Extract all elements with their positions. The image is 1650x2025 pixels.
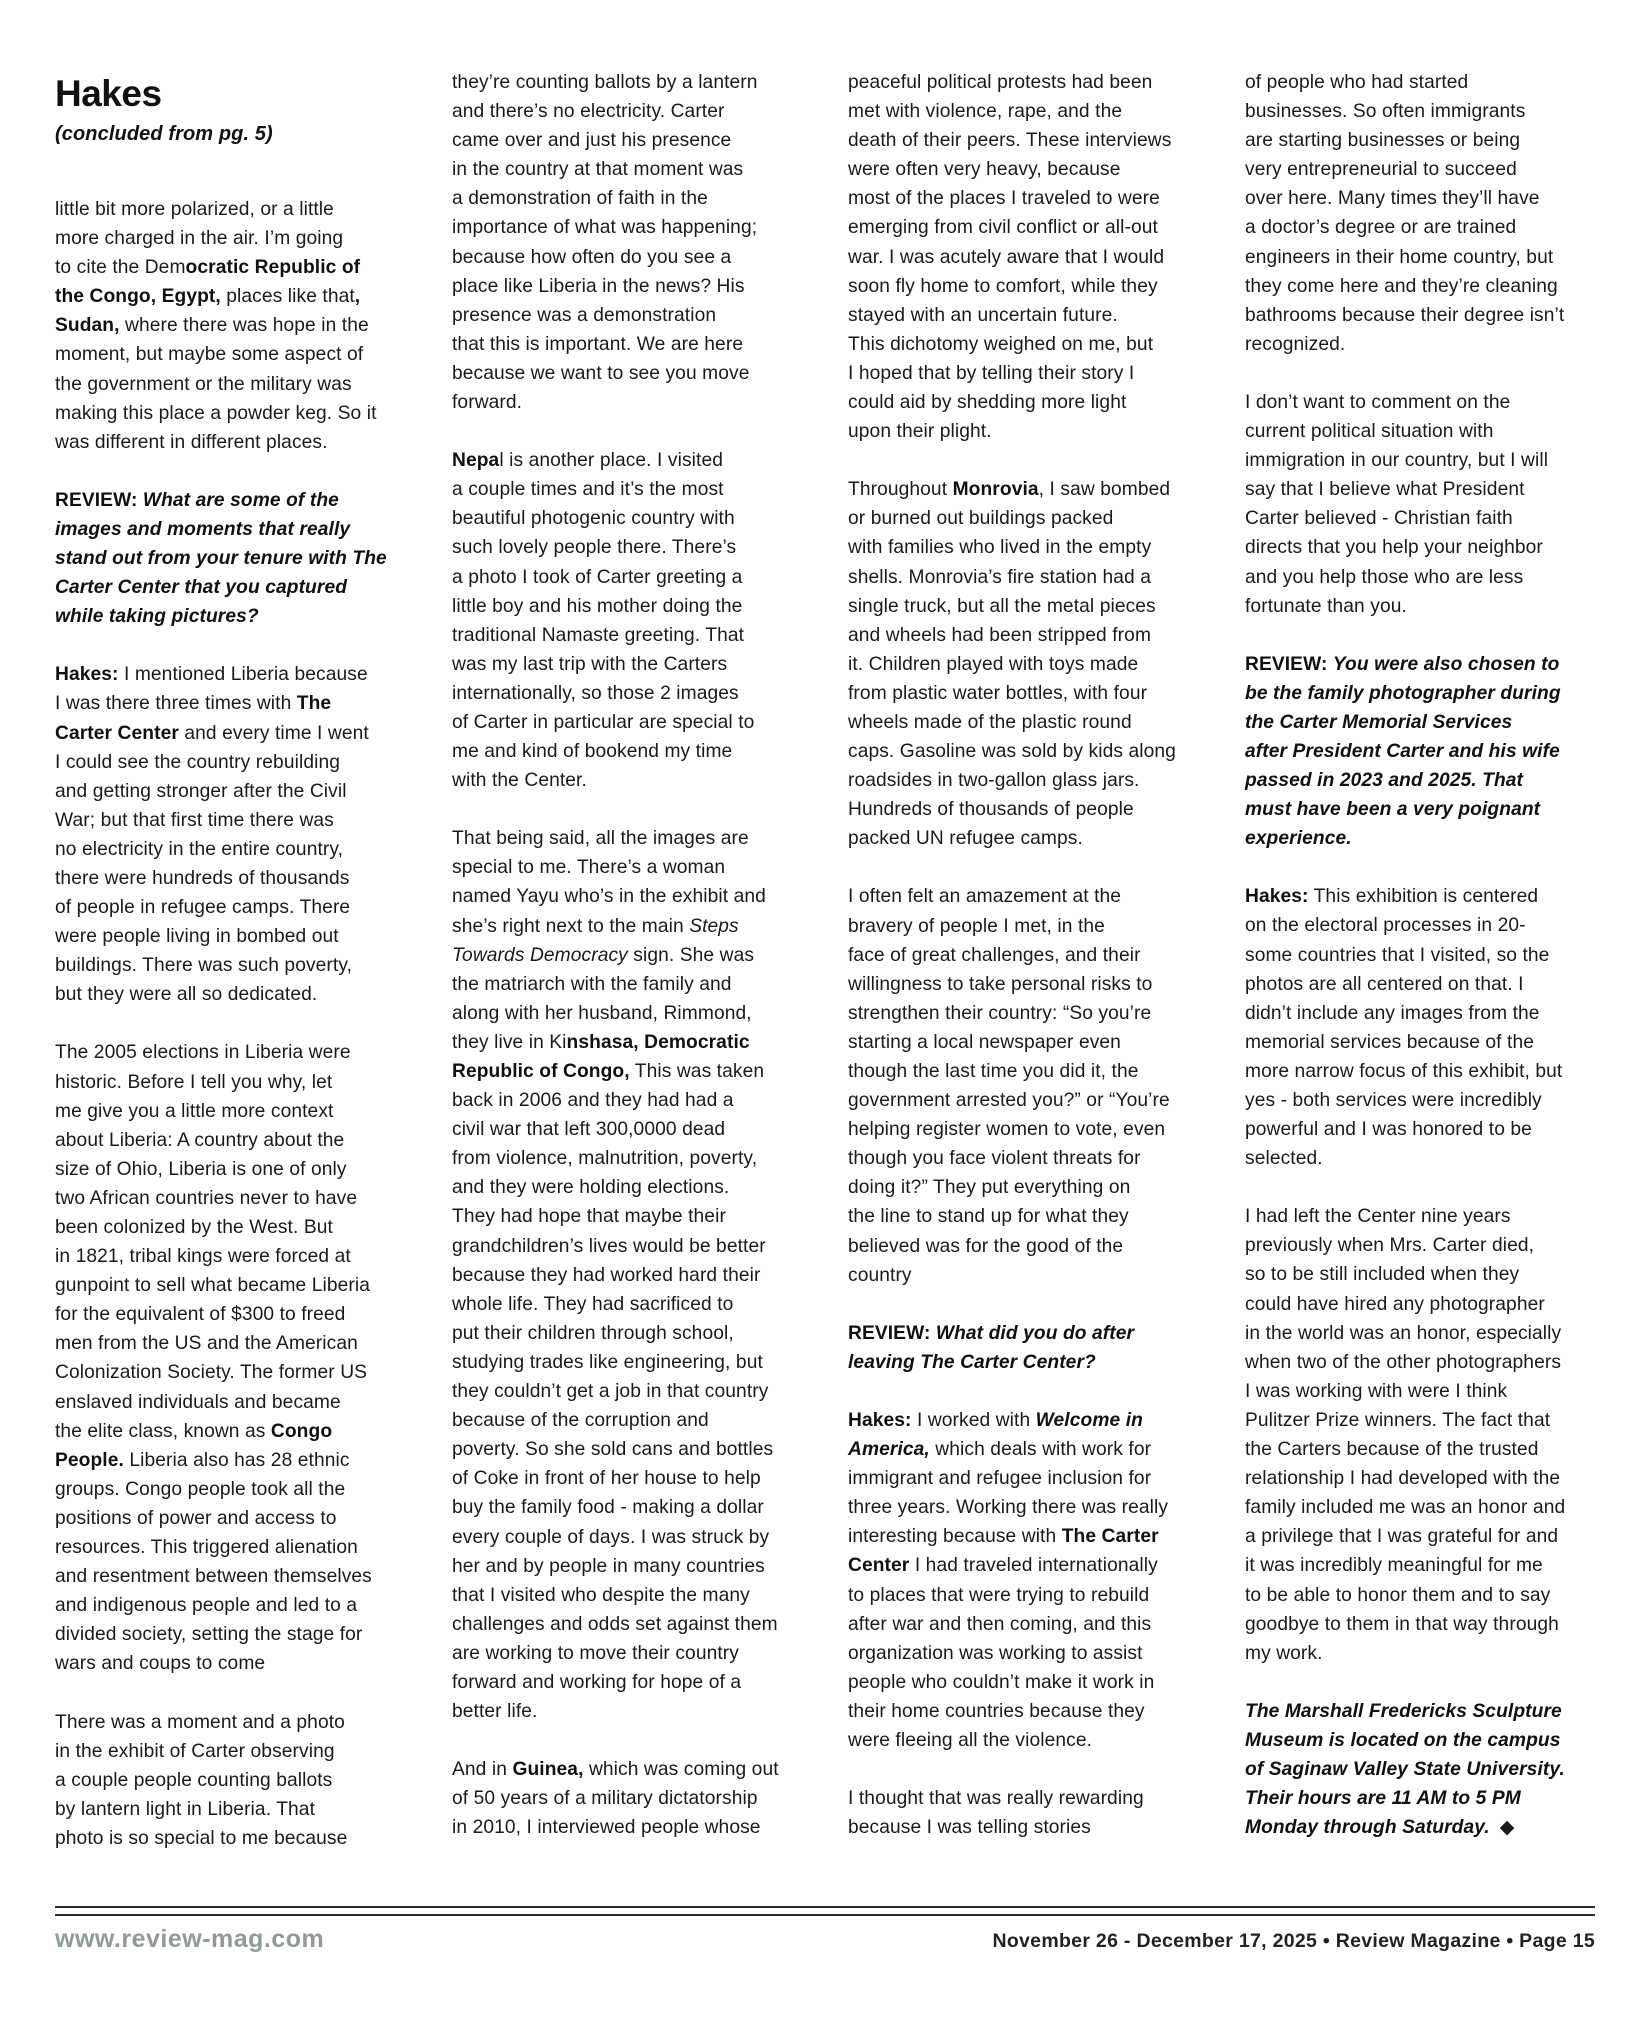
- text-run: Hakes:: [1245, 886, 1309, 907]
- text-run: The Marshall Fredericks Sculpture Museum…: [1245, 1701, 1565, 1838]
- article-paragraph: of people who had started businesses. So…: [1245, 68, 1605, 359]
- article-paragraph: I had left the Center nine years previou…: [1245, 1202, 1605, 1668]
- article-paragraph: The Marshall Fredericks Sculpture Museum…: [1245, 1697, 1605, 1842]
- article-paragraph: they’re counting ballots by a lantern an…: [452, 68, 812, 417]
- article-paragraph: There was a moment and a photo in the ex…: [55, 1708, 415, 1853]
- text-run: REVIEW:: [848, 1323, 936, 1344]
- magazine-page: Hakes (concluded from pg. 5) little bit …: [0, 0, 1650, 2025]
- text-run: I often felt an amazement at the bravery…: [848, 886, 1170, 1285]
- text-run: I had left the Center nine years previou…: [1245, 1206, 1565, 1663]
- issue-date-and-page: November 26 - December 17, 2025 • Review…: [992, 1930, 1595, 1953]
- text-run: Nepa: [452, 450, 499, 471]
- column-2-body: they’re counting ballots by a lantern an…: [452, 68, 812, 1842]
- article-paragraph: That being said, all the images are spec…: [452, 824, 812, 1726]
- article-paragraph: Hakes: I mentioned Liberia because I was…: [55, 660, 415, 1009]
- article-paragraph: I thought that was really rewarding beca…: [848, 1784, 1208, 1842]
- footer-rule-top: [55, 1906, 1595, 1908]
- article-paragraph: Nepal is another place. I visited a coup…: [452, 446, 812, 795]
- text-run: peaceful political protests had been met…: [848, 72, 1171, 442]
- column-3-body: peaceful political protests had been met…: [848, 68, 1208, 1842]
- article-column-3: peaceful political protests had been met…: [848, 68, 1208, 1842]
- text-run: This exhibition is centered on the elect…: [1245, 886, 1562, 1169]
- article-paragraph: Hakes: I worked with Welcome in America,…: [848, 1406, 1208, 1755]
- article-paragraph: little bit more polarized, or a little m…: [55, 195, 415, 457]
- text-run: I had traveled internationally to places…: [848, 1555, 1158, 1751]
- end-of-article-diamond-icon: ◆: [1500, 1813, 1515, 1842]
- text-run: l is another place. I visited a couple t…: [452, 450, 754, 791]
- text-run: REVIEW:: [55, 490, 143, 511]
- text-run: Monrovia: [953, 479, 1039, 500]
- footer-rule-bottom: [55, 1914, 1595, 1916]
- text-run: REVIEW:: [1245, 654, 1333, 675]
- article-column-1: Hakes (concluded from pg. 5) little bit …: [55, 68, 415, 1853]
- text-run: Liberia also has 28 ethnic groups. Congo…: [55, 1450, 372, 1675]
- article-paragraph: Hakes: This exhibition is centered on th…: [1245, 882, 1605, 1173]
- column-4-body: of people who had started businesses. So…: [1245, 68, 1605, 1842]
- article-paragraph: REVIEW: You were also chosen to be the f…: [1245, 650, 1605, 854]
- text-run: of people who had started businesses. So…: [1245, 72, 1564, 355]
- text-run: they’re counting ballots by a lantern an…: [452, 72, 758, 413]
- text-run: I don’t want to comment on the current p…: [1245, 392, 1548, 617]
- text-run: places like that: [221, 286, 355, 307]
- article-paragraph: Throughout Monrovia, I saw bombed or bur…: [848, 475, 1208, 853]
- text-run: Guinea,: [512, 1759, 583, 1780]
- continuation-note: (concluded from pg. 5): [55, 120, 415, 148]
- text-run: You were also chosen to be the family ph…: [1245, 654, 1561, 850]
- text-run: And in: [452, 1759, 512, 1780]
- article-column-2: they’re counting ballots by a lantern an…: [452, 68, 812, 1842]
- text-run: I worked with: [912, 1410, 1036, 1431]
- text-run: and every time I went I could see the co…: [55, 723, 369, 1006]
- website-link[interactable]: www.review-mag.com: [55, 1925, 324, 1954]
- article-paragraph: I often felt an amazement at the bravery…: [848, 882, 1208, 1289]
- article-headline: Hakes: [55, 72, 415, 116]
- text-run: The 2005 elections in Liberia were histo…: [55, 1042, 370, 1441]
- article-paragraph: peaceful political protests had been met…: [848, 68, 1208, 446]
- text-run: Hakes:: [848, 1410, 912, 1431]
- column-1-body: little bit more polarized, or a little m…: [55, 195, 415, 1853]
- article-paragraph: I don’t want to comment on the current p…: [1245, 388, 1605, 621]
- article-paragraph: REVIEW: What are some of the images and …: [55, 486, 415, 631]
- article-paragraph: The 2005 elections in Liberia were histo…: [55, 1038, 415, 1678]
- article-paragraph: And in Guinea, which was coming out of 5…: [452, 1755, 812, 1842]
- text-run: Hakes:: [55, 664, 119, 685]
- text-run: Throughout: [848, 479, 953, 500]
- text-run: I thought that was really rewarding beca…: [848, 1788, 1144, 1838]
- text-run: , I saw bombed or burned out buildings p…: [848, 479, 1176, 849]
- article-column-4: of people who had started businesses. So…: [1245, 68, 1605, 1842]
- article-paragraph: REVIEW: What did you do after leaving Th…: [848, 1319, 1208, 1377]
- text-run: There was a moment and a photo in the ex…: [55, 1712, 347, 1849]
- text-run: This was taken back in 2006 and they had…: [452, 1061, 778, 1722]
